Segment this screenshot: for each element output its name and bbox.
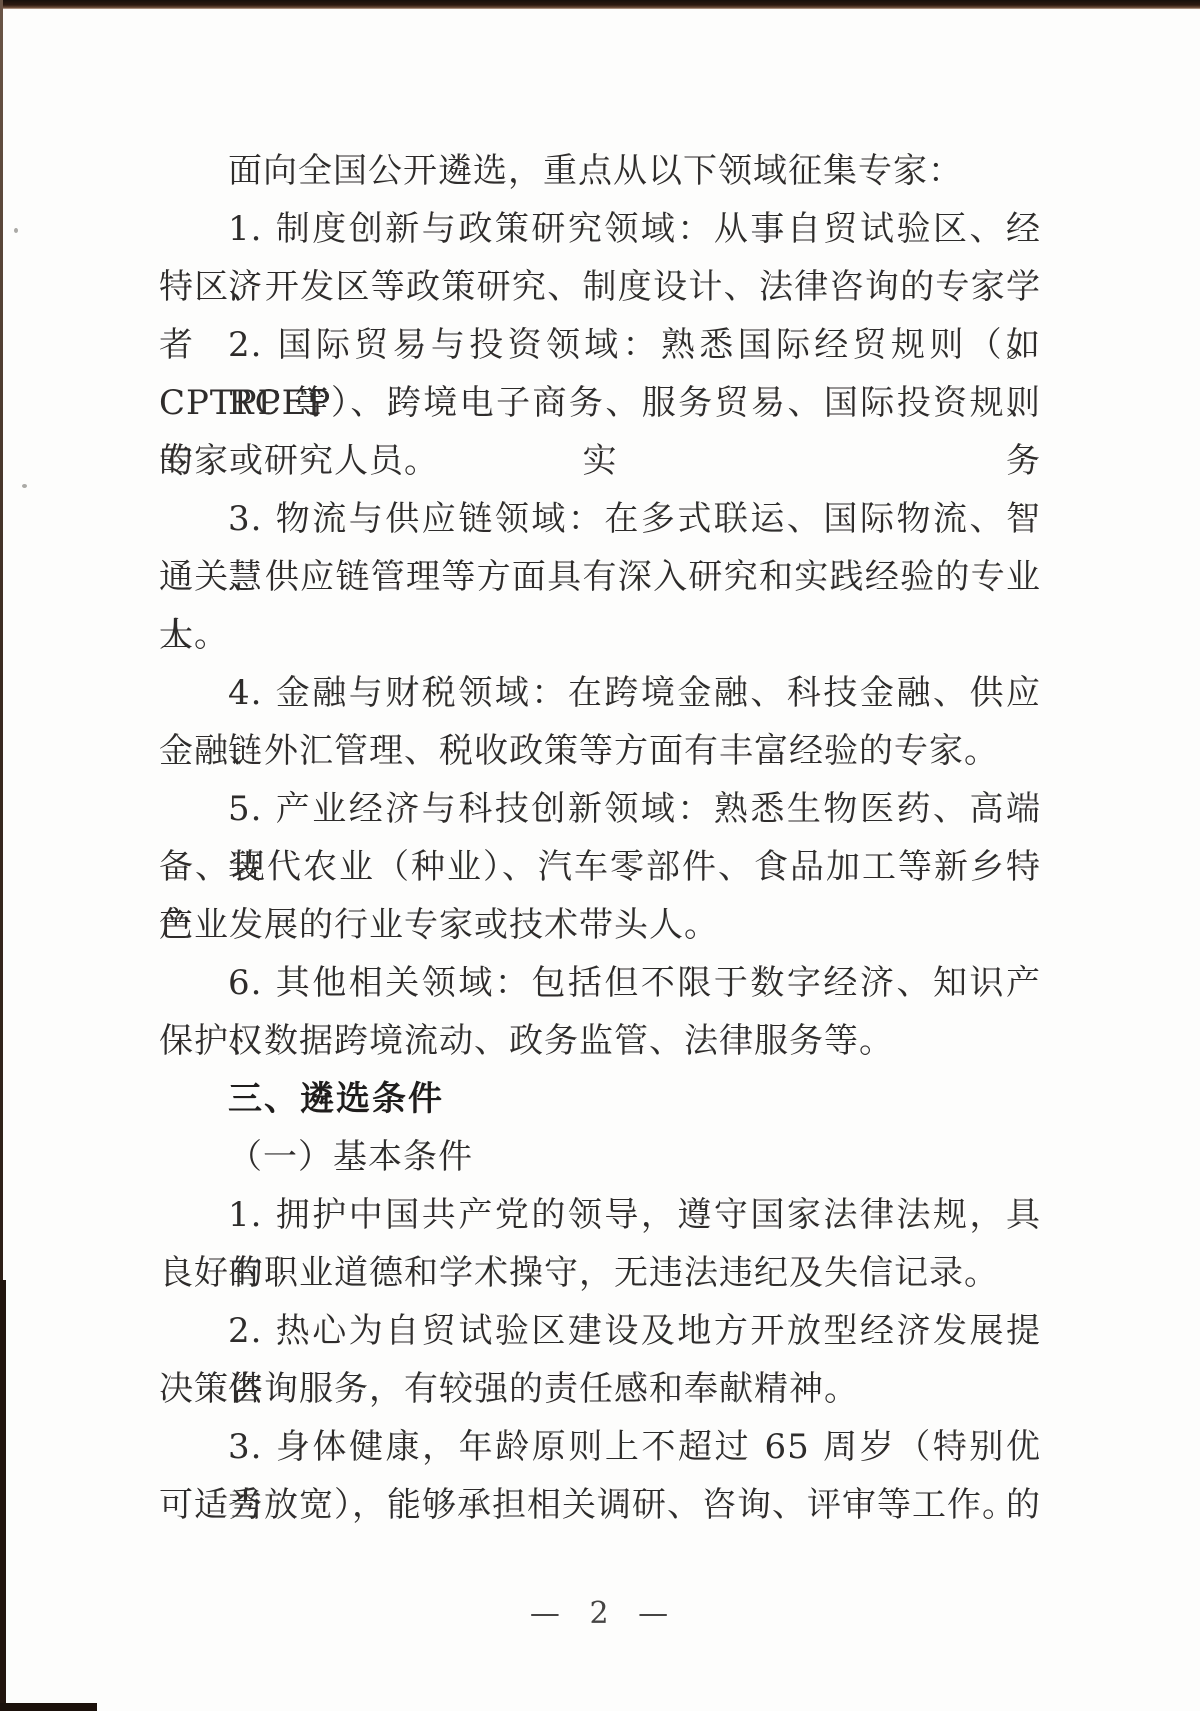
text-line: 1. 制度创新与政策研究领域：从事自贸试验区、经济 — [159, 200, 1041, 258]
section-heading: 三、遴选条件 — [159, 1070, 1041, 1128]
scan-noise-speck — [14, 228, 18, 233]
scanned-document-page: 面向全国公开遴选，重点从以下领域征集专家： 1. 制度创新与政策研究领域：从事自… — [0, 0, 1200, 1711]
subsection-heading: （一）基本条件 — [159, 1128, 1041, 1186]
text-line: 金融、外汇管理、税收政策等方面有丰富经验的专家。 — [159, 722, 1041, 780]
scan-edge-bottom — [0, 1703, 97, 1711]
text-line: 3. 身体健康，年龄原则上不超过 65 周岁（特别优秀的 — [159, 1418, 1041, 1476]
text-line: CPTPP 等）、跨境电子商务、服务贸易、国际投资规则的实务 — [159, 374, 1041, 432]
text-line: 产业发展的行业专家或技术带头人。 — [159, 896, 1041, 954]
text-line: 2. 国际贸易与投资领域：熟悉国际经贸规则（如 RCEP、 — [159, 316, 1041, 374]
text-line: 6. 其他相关领域：包括但不限于数字经济、知识产权 — [159, 954, 1041, 1012]
text-line: 2. 热心为自贸试验区建设及地方开放型经济发展提供 — [159, 1302, 1041, 1360]
page-number: — 2 — — [0, 1596, 1200, 1631]
scan-edge-left-shadow — [0, 1280, 6, 1711]
text-line: 特区、开发区等政策研究、制度设计、法律咨询的专家学者。 — [159, 258, 1041, 316]
text-line: 备、现代农业（种业）、汽车零部件、食品加工等新乡特色 — [159, 838, 1041, 896]
text-line: 保护、数据跨境流动、政务监管、法律服务等。 — [159, 1012, 1041, 1070]
text-line: 3. 物流与供应链领域：在多式联运、国际物流、智慧 — [159, 490, 1041, 548]
text-line: 可适当放宽），能够承担相关调研、咨询、评审等工作。 — [159, 1476, 1041, 1534]
text-line: 士。 — [159, 606, 1041, 664]
text-line: 5. 产业经济与科技创新领域：熟悉生物医药、高端装 — [159, 780, 1041, 838]
scan-edge-top — [0, 0, 1200, 9]
text-line: 良好的职业道德和学术操守，无违法违纪及失信记录。 — [159, 1244, 1041, 1302]
text-line: 4. 金融与财税领域：在跨境金融、科技金融、供应链 — [159, 664, 1041, 722]
document-body: 面向全国公开遴选，重点从以下领域征集专家： 1. 制度创新与政策研究领域：从事自… — [159, 142, 1041, 1534]
text-line: 决策咨询服务，有较强的责任感和奉献精神。 — [159, 1360, 1041, 1418]
text-line: 通关、供应链管理等方面具有深入研究和实践经验的专业人 — [159, 548, 1041, 606]
text-line: 1. 拥护中国共产党的领导，遵守国家法律法规，具有 — [159, 1186, 1041, 1244]
scan-noise-speck — [22, 484, 27, 488]
text-line: 面向全国公开遴选，重点从以下领域征集专家： — [159, 142, 1041, 200]
